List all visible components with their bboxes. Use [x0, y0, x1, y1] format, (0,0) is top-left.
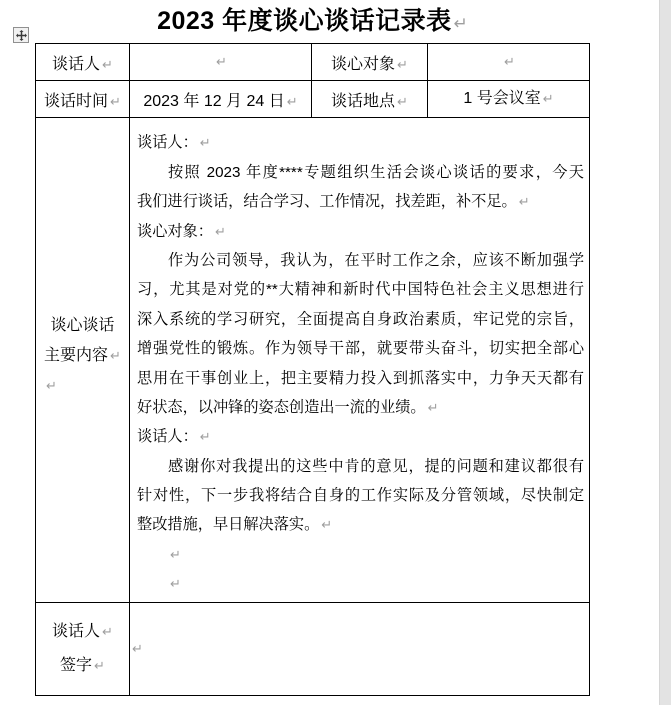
- cell-place-value[interactable]: 1 号会议室↵: [428, 81, 590, 118]
- cell-target-label: 谈心对象↵: [312, 44, 428, 81]
- content-line-text: 好状态，以冲锋的姿态创造出一流的业绩。: [137, 399, 426, 416]
- talk-content-lines: 谈话人：↵按照 2023 年度****专题组织生活会谈心谈话的要求，今天我们进行…: [130, 121, 589, 598]
- pilcrow-mark: ↵: [102, 57, 113, 72]
- content-line-text: 作为公司领导，我认为，在平时工作之余，应该不断加强学: [168, 252, 584, 269]
- table-row: 谈话时间↵ 2023 年 12 月 24 日↵ 谈话地点↵ 1 号会议室↵: [36, 81, 590, 118]
- cell-time-value[interactable]: 2023 年 12 月 24 日↵: [130, 81, 312, 118]
- content-line: 按照 2023 年度****专题组织生活会谈心谈话的要求，今天: [137, 158, 584, 187]
- time-label-text: 谈话时间: [44, 93, 108, 110]
- pilcrow-mark: ↵: [215, 224, 226, 239]
- content-line: 针对性，下一步我将结合自身的工作实际及分管领域，尽快制定: [137, 481, 584, 510]
- main-label-line2-text: 主要内容: [44, 347, 108, 364]
- pilcrow-mark: ↵: [397, 94, 408, 109]
- pilcrow-mark: ↵: [216, 54, 227, 69]
- pilcrow-mark: ↵: [110, 94, 121, 109]
- table-row: 谈心谈话 主要内容↵ ↵ 谈话人：↵按照 2023 年度****专题组织生活会谈…: [36, 118, 590, 603]
- pilcrow-mark: ↵: [504, 54, 515, 69]
- pilcrow-mark: ↵: [200, 429, 211, 444]
- cell-signature-value[interactable]: ↵: [130, 603, 590, 696]
- signature-label-line2-text: 签字: [60, 657, 92, 674]
- cell-interviewer-value[interactable]: ↵: [130, 44, 312, 81]
- place-label-text: 谈话地点: [331, 93, 395, 110]
- pilcrow-mark: ↵: [428, 400, 439, 415]
- content-line: 我们进行谈话，结合学习、工作情况，找差距，补不足。↵: [137, 187, 584, 216]
- interviewer-label-text: 谈话人: [52, 56, 100, 73]
- content-line-text: 增强党性的锻炼。作为领导干部，就要带头奋斗，切实把全部心: [137, 340, 584, 357]
- content-line-text: 习，尤其是对党的**大精神和新时代中国特色社会主义思想进行: [137, 281, 584, 298]
- content-line: 作为公司领导，我认为，在平时工作之余，应该不断加强学: [137, 246, 584, 275]
- main-label-line2: 主要内容↵: [44, 341, 121, 371]
- page-title: 2023 年度谈心谈话记录表↵: [35, 1, 590, 35]
- pilcrow-mark: ↵: [102, 624, 113, 639]
- time-value-text: 2023 年 12 月 24 日: [143, 93, 284, 110]
- content-line-text: 深入系统的学习研究，全面提高自身政治素质，牢记党的宗旨，: [137, 311, 584, 328]
- content-line: ↵: [137, 540, 584, 569]
- content-line-text: 按照 2023 年度****专题组织生活会谈心谈话的要求，今天: [168, 164, 584, 181]
- signature-label-line2: 签字↵: [60, 649, 105, 683]
- content-line: 整改措施，早日解决落实。↵: [137, 510, 584, 539]
- cell-target-value[interactable]: ↵: [428, 44, 590, 81]
- cell-interviewer-label: 谈话人↵: [36, 44, 130, 81]
- content-line: 谈话人：↵: [137, 422, 584, 451]
- content-line: 谈心对象：↵: [137, 217, 584, 246]
- content-line: 深入系统的学习研究，全面提高自身政治素质，牢记党的宗旨，: [137, 305, 584, 334]
- content-line: 思用在干事创业上，把主要精力投入到抓落实中，力争天天都有: [137, 364, 584, 393]
- cell-talk-content[interactable]: 谈话人：↵按照 2023 年度****专题组织生活会谈心谈话的要求，今天我们进行…: [130, 118, 590, 603]
- record-table: 谈话人↵ ↵ 谈心对象↵ ↵ 谈话时间↵ 2023 年 12 月 24 日↵ 谈…: [35, 43, 590, 696]
- move-cross-icon: [16, 30, 27, 41]
- content-line-text: 谈话人：: [137, 134, 198, 151]
- pilcrow-mark: ↵: [519, 194, 530, 209]
- content-line: 感谢你对我提出的这些中肯的意见，提的问题和建议都很有: [137, 452, 584, 481]
- pilcrow-mark: ↵: [200, 135, 211, 150]
- content-line-text: 谈话人：: [137, 428, 198, 445]
- cell-place-label: 谈话地点↵: [312, 81, 428, 118]
- pilcrow-mark: ↵: [170, 547, 181, 562]
- table-move-handle-icon[interactable]: [13, 27, 29, 43]
- pilcrow-mark: ↵: [454, 14, 468, 33]
- pilcrow-mark: ↵: [110, 348, 121, 363]
- page-title-text: 2023 年度谈心谈话记录表: [157, 7, 452, 35]
- target-label-text: 谈心对象: [331, 56, 395, 73]
- pilcrow-mark: ↵: [321, 517, 332, 532]
- main-label-line1: 谈心谈话: [50, 311, 114, 341]
- pilcrow-mark: ↵: [94, 658, 105, 673]
- cell-time-label: 谈话时间↵: [36, 81, 130, 118]
- content-line: ↵: [137, 569, 584, 598]
- pilcrow-mark: ↵: [46, 378, 57, 393]
- content-line-text: 思用在干事创业上，把主要精力投入到抓落实中，力争天天都有: [137, 370, 584, 387]
- page-edge-background: [659, 0, 671, 705]
- content-line: 增强党性的锻炼。作为领导干部，就要带头奋斗，切实把全部心: [137, 334, 584, 363]
- cell-signature-label: 谈话人↵ 签字↵: [36, 603, 130, 696]
- signature-label-line1-text: 谈话人: [52, 623, 100, 640]
- pilcrow-mark: ↵: [543, 91, 554, 106]
- content-line-text: 我们进行谈话，结合学习、工作情况，找差距，补不足。: [137, 193, 517, 210]
- table-row: 谈话人↵ 签字↵ ↵: [36, 603, 590, 696]
- content-line: 好状态，以冲锋的姿态创造出一流的业绩。↵: [137, 393, 584, 422]
- empty-paragraph: ↵: [36, 371, 57, 401]
- pilcrow-mark: ↵: [170, 576, 181, 591]
- word-page: 2023 年度谈心谈话记录表↵ 谈话人↵ ↵ 谈心对象↵ ↵ 谈话时: [0, 0, 671, 705]
- signature-label-line1: 谈话人↵: [52, 615, 113, 649]
- content-line: 谈话人：↵: [137, 128, 584, 157]
- content-line-text: 谈心对象：: [137, 223, 213, 240]
- place-value-text: 1 号会议室: [463, 90, 540, 107]
- content-line-text: 整改措施，早日解决落实。: [137, 516, 319, 533]
- pilcrow-mark: ↵: [132, 641, 143, 656]
- cell-main-label: 谈心谈话 主要内容↵ ↵: [36, 118, 130, 603]
- pilcrow-mark: ↵: [287, 94, 298, 109]
- content-line-text: 针对性，下一步我将结合自身的工作实际及分管领域，尽快制定: [137, 487, 584, 504]
- pilcrow-mark: ↵: [397, 57, 408, 72]
- content-line-text: 感谢你对我提出的这些中肯的意见，提的问题和建议都很有: [168, 458, 584, 475]
- table-row: 谈话人↵ ↵ 谈心对象↵ ↵: [36, 44, 590, 81]
- content-line: 习，尤其是对党的**大精神和新时代中国特色社会主义思想进行: [137, 275, 584, 304]
